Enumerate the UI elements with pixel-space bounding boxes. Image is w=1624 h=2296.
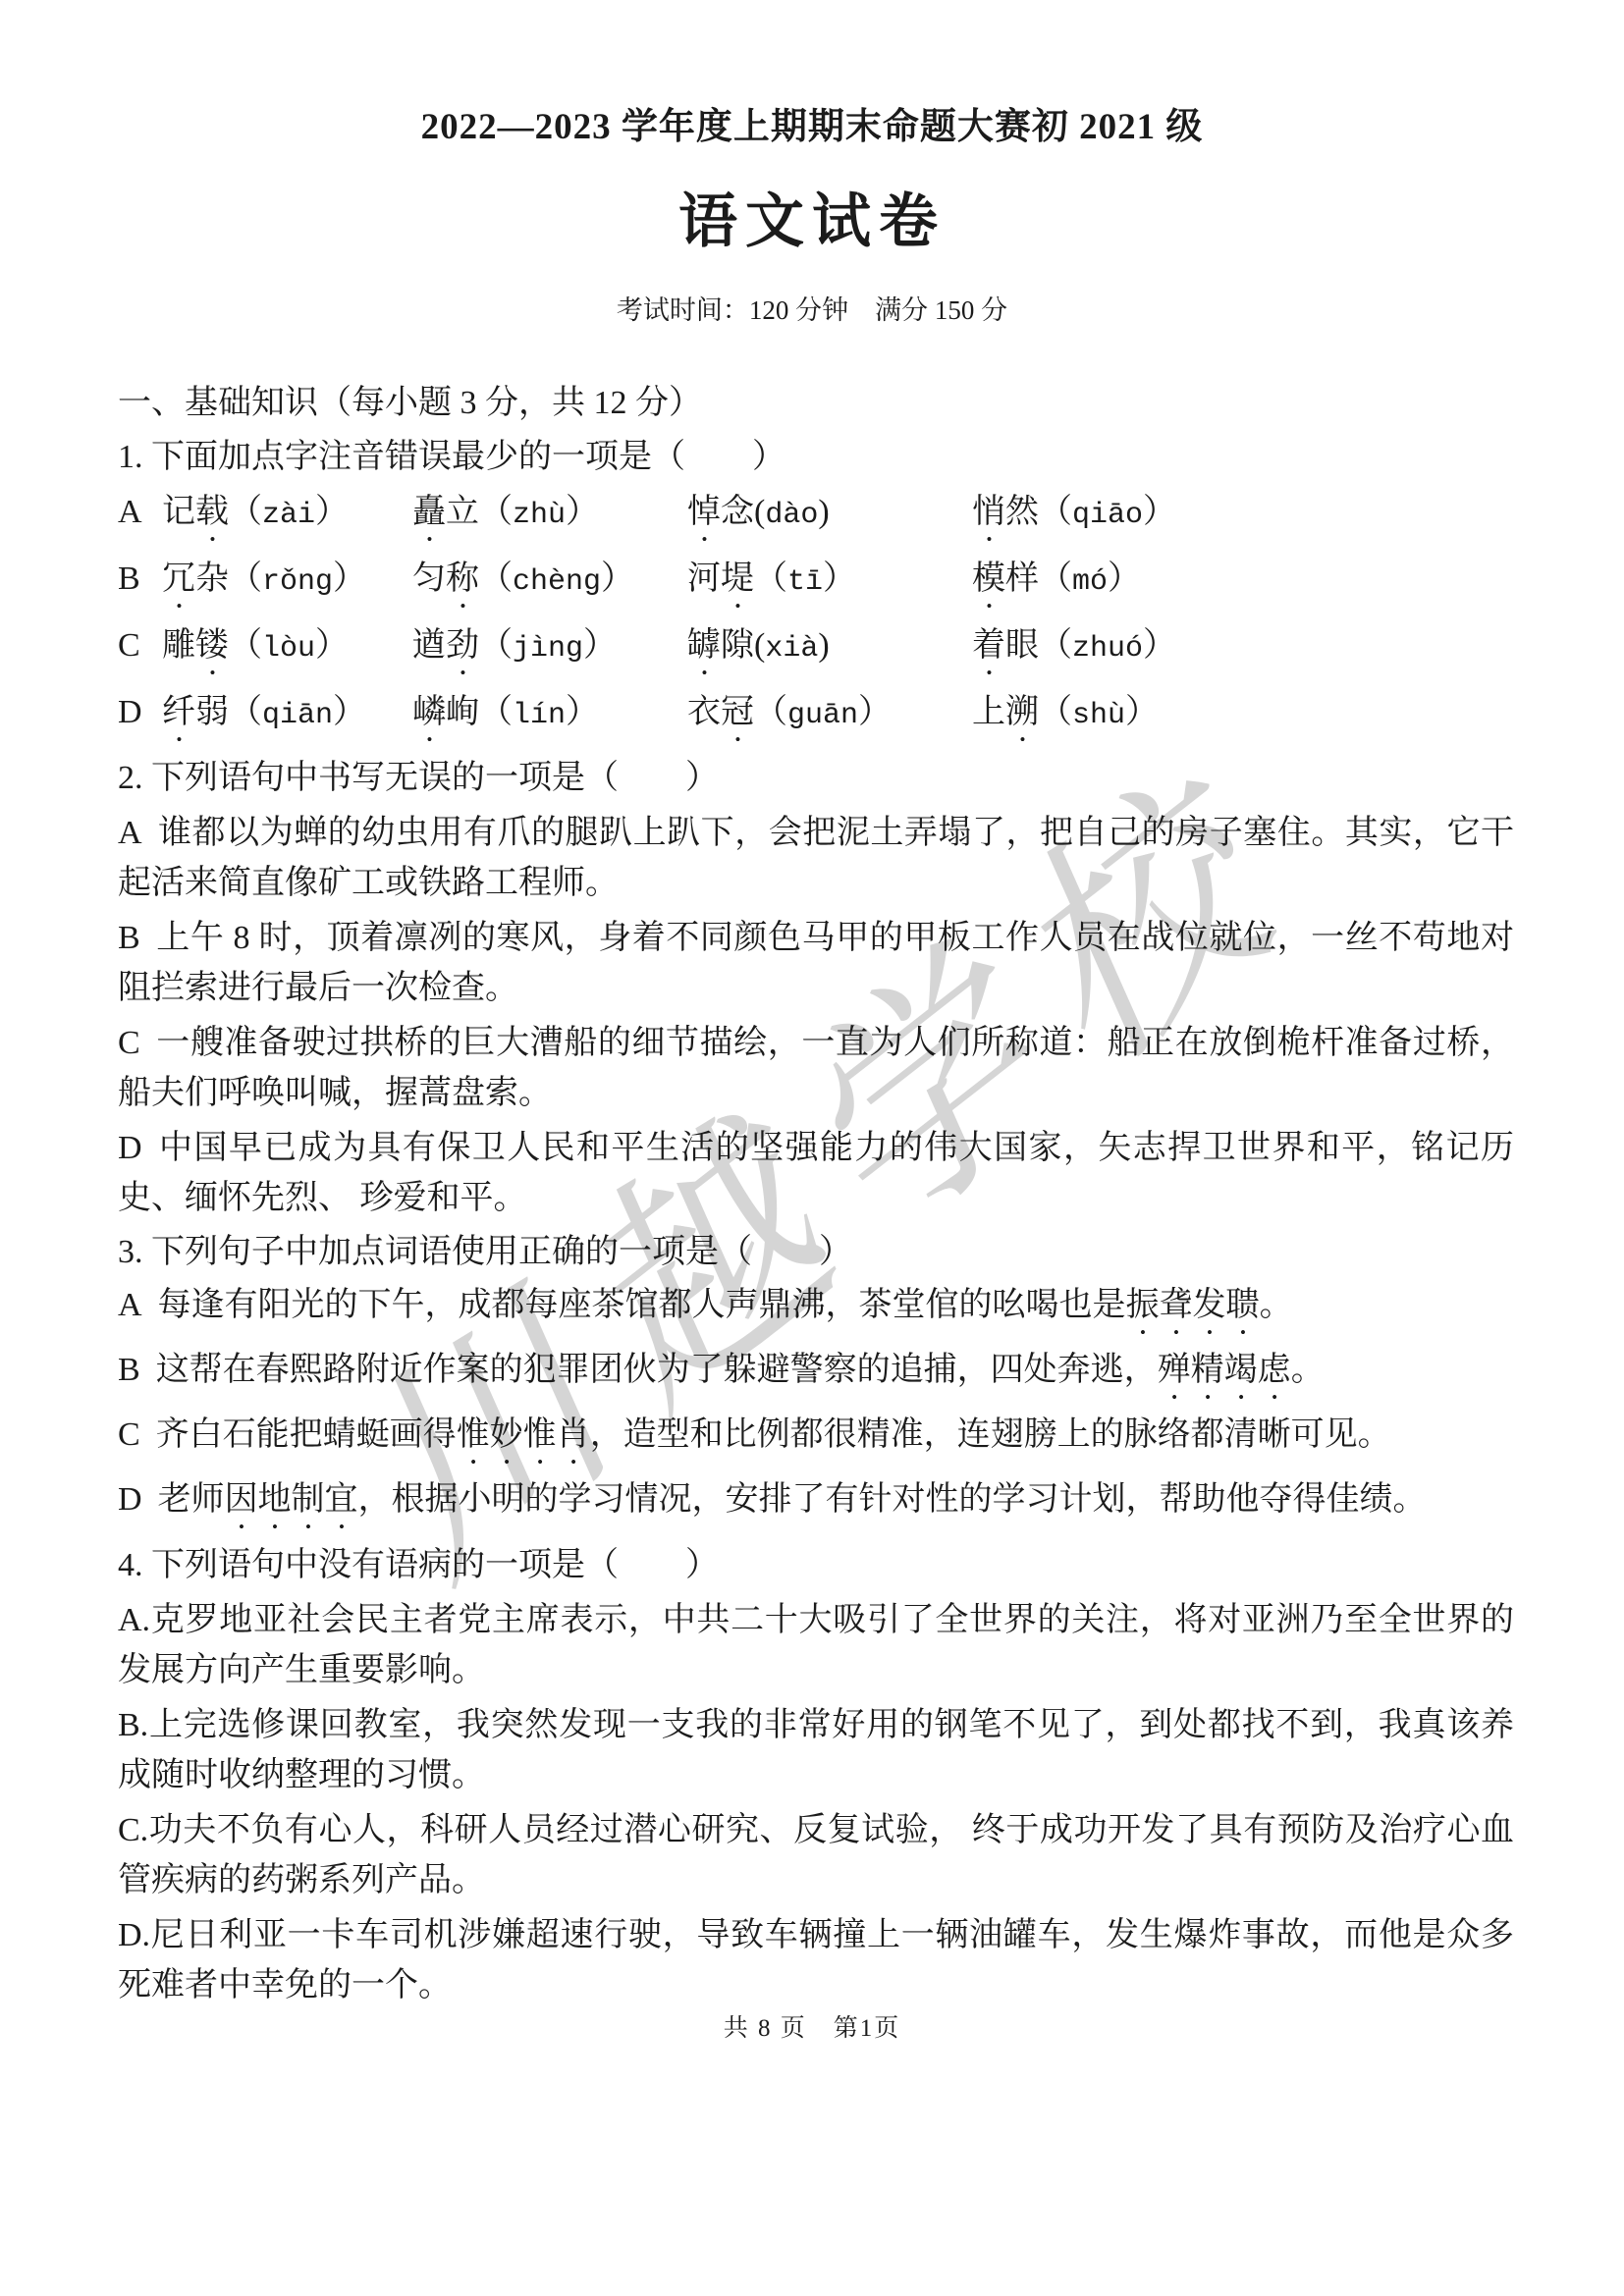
option-text: 尼日利亚一卡车司机涉嫌超速行驶，导致车辆撞上一辆油罐车，发生爆炸事故，而他是众多… — [118, 1917, 1514, 2003]
option-text: 功夫不负有心人，科研人员经过潜心研究、反复试验， 终于成功开发了具有预防及治疗心… — [118, 1812, 1514, 1898]
option-text: 上完选修课回教室，我突然发现一支我的非常好用的钢笔不见了，到处都找不到，我真该养… — [118, 1707, 1514, 1793]
pinyin-item: 遒劲（jìng） — [412, 623, 687, 682]
q2-option-a: A谁都以为蝉的幼虫用有爪的腿趴上趴下，会把泥土弄塌了，把自己的房子塞住。其实，它… — [118, 808, 1514, 908]
option-label: B — [118, 920, 140, 956]
q3-option-c: C齐白石能把蜻蜓画得惟妙惟肖，造型和比例都很精准，连翅膀上的脉络都清晰可见。 — [118, 1407, 1514, 1471]
q4-stem: 4. 下列语句中没有语病的一项是（ ） — [118, 1540, 1514, 1590]
exam-meta: 考试时间：120 分钟 满分 150 分 — [0, 289, 1624, 327]
option-text: 这帮在春熙路附近作案的犯罪团伙为了躲避警察的追捕，四处奔逃，殚精竭虑。 — [156, 1352, 1325, 1388]
q1-row-a: A 记载（zài） 矗立（zhù） 悼念(dào) 悄然（qiāo） — [118, 490, 1514, 549]
q2-option-b: B上午 8 时，顶着凛冽的寒风，身着不同颜色马甲的甲板工作人员在战位就位，一丝不… — [118, 913, 1514, 1013]
pinyin-item: 纤弱（qiān） — [162, 690, 412, 749]
option-label: B — [118, 1352, 140, 1388]
pinyin-item: 悼念(dào) — [687, 490, 972, 549]
pinyin-item: 冗杂（rǒng） — [162, 557, 412, 615]
q4-option-a: A.克罗地亚社会民主者党主席表示，中共二十大吸引了全世界的关注，将对亚洲乃至全世… — [118, 1595, 1514, 1695]
page-footer: 共 8 页 第1页 — [0, 2008, 1624, 2044]
option-text: 谁都以为蝉的幼虫用有爪的腿趴上趴下，会把泥土弄塌了，把自己的房子塞住。其实，它干… — [118, 815, 1514, 901]
option-label: C — [118, 623, 162, 668]
q4-option-d: D.尼日利亚一卡车司机涉嫌超速行驶，导致车辆撞上一辆油罐车，发生爆炸事故，而他是… — [118, 1910, 1514, 2010]
q3-option-a: A每逢有阳光的下午，成都每座茶馆都人声鼎沸，茶堂倌的吆喝也是振聋发聩。 — [118, 1277, 1514, 1342]
q4-option-b: B.上完选修课回教室，我突然发现一支我的非常好用的钢笔不见了，到处都找不到，我真… — [118, 1700, 1514, 1800]
option-label: A — [118, 815, 142, 851]
option-label: B. — [118, 1707, 148, 1743]
exam-title: 语文试卷 — [0, 175, 1624, 259]
q4-option-c: C.功夫不负有心人，科研人员经过潜心研究、反复试验， 终于成功开发了具有预防及治… — [118, 1805, 1514, 1905]
option-label: C — [118, 1416, 140, 1453]
q2-option-c: C一艘准备驶过拱桥的巨大漕船的细节描绘，一直为人们所称道：船正在放倒桅杆准备过桥… — [118, 1018, 1514, 1118]
q1-row-b: B 冗杂（rǒng） 匀称（chèng） 河堤（tī） 模样（mó） — [118, 557, 1514, 615]
option-label: D — [118, 690, 162, 735]
option-label: D — [118, 1130, 142, 1166]
pinyin-item: 匀称（chèng） — [412, 557, 687, 615]
option-text: 每逢有阳光的下午，成都每座茶馆都人声鼎沸，茶堂倌的吆喝也是振聋发聩。 — [158, 1287, 1293, 1323]
pinyin-item: 上溯（shù） — [972, 690, 1514, 749]
option-text: 一艘准备驶过拱桥的巨大漕船的细节描绘，一直为人们所称道：船正在放倒桅杆准备过桥，… — [118, 1025, 1514, 1111]
q3-option-d: D老师因地制宜，根据小明的学习情况，安排了有针对性的学习计划，帮助他夺得佳绩。 — [118, 1471, 1514, 1536]
header-line: 2022—2023 学年度上期期末命题大赛初 2021 级 — [0, 96, 1624, 149]
option-label: A — [118, 490, 162, 535]
option-text: 克罗地亚社会民主者党主席表示，中共二十大吸引了全世界的关注，将对亚洲乃至全世界的… — [118, 1602, 1514, 1688]
option-text: 老师因地制宜，根据小明的学习情况，安排了有针对性的学习计划，帮助他夺得佳绩。 — [158, 1481, 1427, 1518]
pinyin-item: 罅隙(xià) — [687, 623, 972, 682]
pinyin-item: 记载（zài） — [162, 490, 412, 549]
exam-body: 一、基础知识（每小题 3 分，共 12 分） 1. 下面加点字注音错误最少的一项… — [118, 378, 1514, 2010]
option-text: 齐白石能把蜻蜓画得惟妙惟肖，造型和比例都很精准，连翅膀上的脉络都清晰可见。 — [156, 1416, 1391, 1453]
option-label: D — [118, 1481, 142, 1518]
option-label: C — [118, 1025, 140, 1061]
pinyin-item: 嶙峋（lín） — [412, 690, 687, 749]
pinyin-item: 模样（mó） — [972, 557, 1514, 615]
q2-stem: 2. 下列语句中书写无误的一项是（ ） — [118, 753, 1514, 803]
option-label: D. — [118, 1917, 150, 1953]
q1-row-c: C 雕镂（lòu） 遒劲（jìng） 罅隙(xià) 着眼（zhuó） — [118, 623, 1514, 682]
pinyin-item: 着眼（zhuó） — [972, 623, 1514, 682]
exam-page: 川越学校 2022—2023 学年度上期期末命题大赛初 2021 级 语文试卷 … — [0, 0, 1624, 2296]
q1-stem: 1. 下面加点字注音错误最少的一项是（ ） — [118, 432, 1514, 482]
pinyin-item: 矗立（zhù） — [412, 490, 687, 549]
option-text: 中国早已成为具有保卫人民和平生活的坚强能力的伟大国家，矢志捍卫世界和平，铭记历史… — [118, 1130, 1514, 1216]
pinyin-item: 衣冠（guān） — [687, 690, 972, 749]
pinyin-item: 雕镂（lòu） — [162, 623, 412, 682]
pinyin-item: 河堤（tī） — [687, 557, 972, 615]
option-label: C. — [118, 1812, 148, 1848]
pinyin-item: 悄然（qiāo） — [972, 490, 1514, 549]
page-header: 2022—2023 学年度上期期末命题大赛初 2021 级 语文试卷 考试时间：… — [0, 0, 1624, 327]
section-heading: 一、基础知识（每小题 3 分，共 12 分） — [118, 378, 1514, 428]
option-label: A. — [118, 1602, 150, 1638]
q3-stem: 3. 下列句子中加点词语使用正确的一项是（ ） — [118, 1227, 1514, 1277]
option-label: B — [118, 557, 162, 602]
option-text: 上午 8 时，顶着凛冽的寒风，身着不同颜色马甲的甲板工作人员在战位就位，一丝不苟… — [118, 920, 1514, 1006]
q3-option-b: B这帮在春熙路附近作案的犯罪团伙为了躲避警察的追捕，四处奔逃，殚精竭虑。 — [118, 1342, 1514, 1407]
q1-row-d: D 纤弱（qiān） 嶙峋（lín） 衣冠（guān） 上溯（shù） — [118, 690, 1514, 749]
option-label: A — [118, 1287, 142, 1323]
q2-option-d: D中国早已成为具有保卫人民和平生活的坚强能力的伟大国家，矢志捍卫世界和平，铭记历… — [118, 1123, 1514, 1223]
